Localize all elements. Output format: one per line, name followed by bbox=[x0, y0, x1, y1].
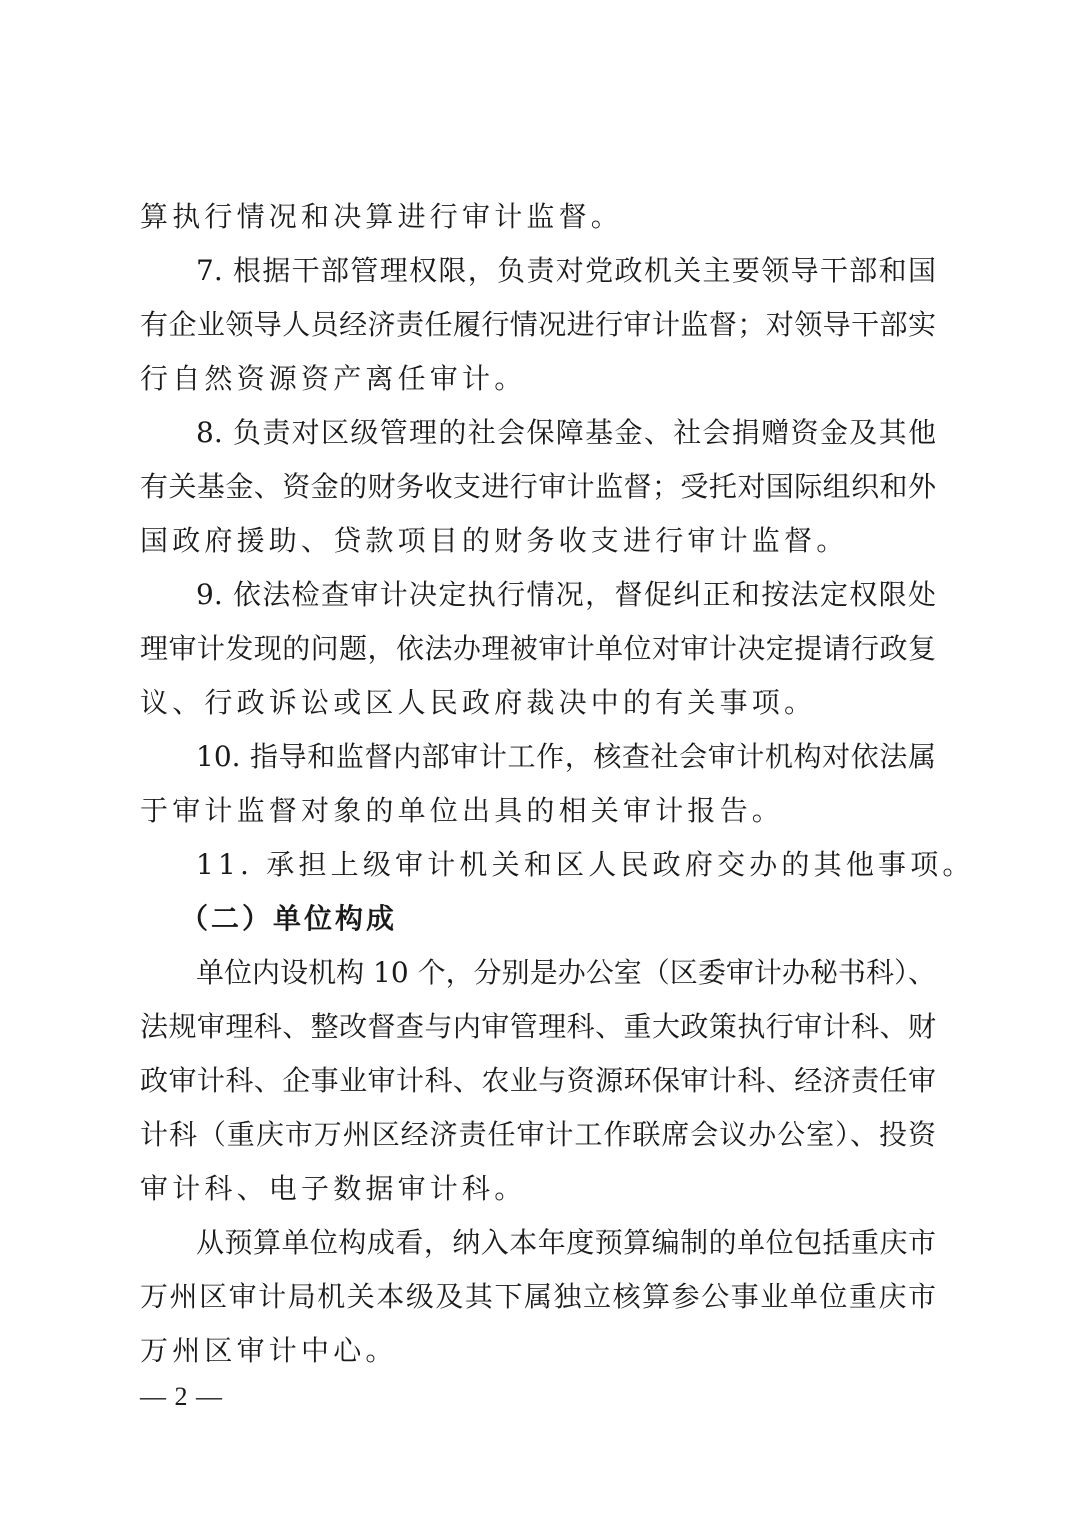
section-heading: （二）单位构成 bbox=[180, 899, 920, 939]
paragraph-line: 7. 根据干部管理权限，负责对党政机关主要领导干部和国 bbox=[196, 251, 936, 291]
paragraph-line: 9. 依法检查审计决定执行情况，督促纠正和按法定权限处 bbox=[196, 575, 936, 615]
paragraph-line: 单位内设机构 10 个，分别是办公室（区委审计办秘书科）、 bbox=[196, 953, 936, 993]
paragraph-line: 行自然资源资产离任审计。 bbox=[140, 359, 936, 399]
paragraph-line: 有企业领导人员经济责任履行情况进行审计监督；对领导干部实 bbox=[140, 305, 936, 345]
paragraph-line: 11. 承担上级审计机关和区人民政府交办的其他事项。 bbox=[196, 845, 936, 885]
paragraph-line: 从预算单位构成看，纳入本年度预算编制的单位包括重庆市 bbox=[196, 1223, 936, 1263]
paragraph-line: 国政府援助、贷款项目的财务收支进行审计监督。 bbox=[140, 521, 936, 561]
paragraph-line: 法规审理科、整改督查与内审管理科、重大政策执行审计科、财 bbox=[140, 1007, 936, 1047]
paragraph-line: 算执行情况和决算进行审计监督。 bbox=[140, 197, 936, 237]
paragraph-line: 10. 指导和监督内部审计工作，核查社会审计机构对依法属 bbox=[196, 737, 936, 777]
paragraph-line: 理审计发现的问题，依法办理被审计单位对审计决定提请行政复 bbox=[140, 629, 936, 669]
page-number: — 2 — bbox=[140, 1377, 223, 1417]
paragraph-line: 有关基金、资金的财务收支进行审计监督；受托对国际组织和外 bbox=[140, 467, 936, 507]
paragraph-line: 万州区审计局机关本级及其下属独立核算参公事业单位重庆市 bbox=[140, 1277, 936, 1317]
paragraph-line: 政审计科、企事业审计科、农业与资源环保审计科、经济责任审 bbox=[140, 1061, 936, 1101]
paragraph-line: 万州区审计中心。 bbox=[140, 1331, 936, 1371]
document-page: 算执行情况和决算进行审计监督。 7. 根据干部管理权限，负责对党政机关主要领导干… bbox=[0, 0, 1074, 1520]
paragraph-line: 8. 负责对区级管理的社会保障基金、社会捐赠资金及其他 bbox=[196, 413, 936, 453]
paragraph-line: 于审计监督对象的单位出具的相关审计报告。 bbox=[140, 791, 936, 831]
paragraph-line: 审计科、电子数据审计科。 bbox=[140, 1169, 936, 1209]
paragraph-line: 计科（重庆市万州区经济责任审计工作联席会议办公室）、投资 bbox=[140, 1115, 936, 1155]
paragraph-line: 议、行政诉讼或区人民政府裁决中的有关事项。 bbox=[140, 683, 936, 723]
